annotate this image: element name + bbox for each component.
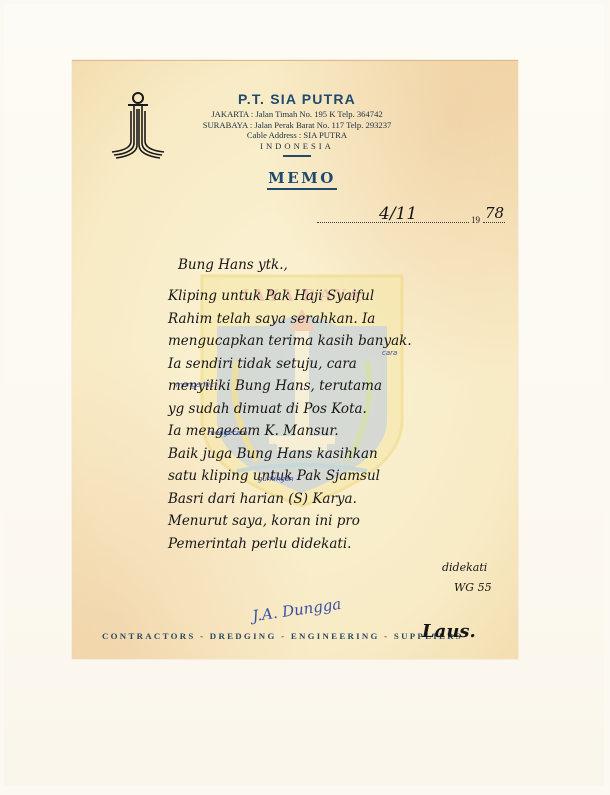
annotation-mengecam: mengecam <box>208 429 247 437</box>
address-surabaya: SURABAYA : Jalan Perak Barat No. 117 Tel… <box>182 120 412 131</box>
divider <box>283 155 311 157</box>
body-line: Rahim telah saya serahkan. Ia <box>168 308 508 331</box>
country: INDONESIA <box>182 141 412 152</box>
date-year-prefix: 19 <box>471 215 480 225</box>
company-name: P.T. SIA PUTRA <box>182 91 412 107</box>
date-year-suffix: 78 <box>485 204 504 222</box>
cable-address: Cable Address : SIA PUTRA <box>182 130 412 141</box>
closing-note-code: WG 55 <box>454 581 492 594</box>
signature-black: Laus. <box>422 621 476 642</box>
signature-blue: J.A. Dungga <box>251 595 342 625</box>
body-line: Menurut saya, koran ini pro <box>168 510 508 533</box>
body-line: menyiliki Bung Hans, terutama <box>168 375 508 398</box>
body-line: Ia sendiri tidak setuju, cara <box>168 353 508 376</box>
memo-sheet: P.T. SIA PUTRA JAKARTA : Jalan Timah No.… <box>72 60 518 659</box>
letterhead: P.T. SIA PUTRA JAKARTA : Jalan Timah No.… <box>182 91 412 157</box>
memo-body: Kliping untuk Pak Haji Syaiful Rahim tel… <box>168 285 508 555</box>
body-line: Baik juga Bung Hans kasihkan <box>168 443 508 466</box>
body-line: mengucapkan terima kasih banyak. <box>168 330 508 353</box>
body-line: yg sudah dimuat di Pos Kota. <box>168 398 508 421</box>
body-line: Basri dari harian (S) Karya. <box>168 488 508 511</box>
date-field: 4/11 19 78 <box>317 206 507 230</box>
greeting: Bung Hans ytk., <box>178 257 288 273</box>
annotation-guntingan: guntingan <box>258 475 294 483</box>
anchor-logo-icon <box>110 91 166 163</box>
closing-note-didekati: didekati <box>442 561 487 574</box>
address-jakarta: JAKARTA : Jalan Timah No. 195 K Telp. 36… <box>182 109 412 120</box>
body-line: Pemerintah perlu didekati. <box>168 533 508 556</box>
memo-title: MEMO <box>267 169 337 190</box>
body-line: Kliping untuk Pak Haji Syaiful <box>168 285 508 308</box>
annotation-cara: cara <box>382 349 397 357</box>
annotation-mengeritik: mengeritik <box>176 381 214 389</box>
body-line: satu kliping untuk Pak Sjamsul <box>168 465 508 488</box>
date-day-month: 4/11 <box>379 204 417 224</box>
date-year-line <box>483 222 505 223</box>
